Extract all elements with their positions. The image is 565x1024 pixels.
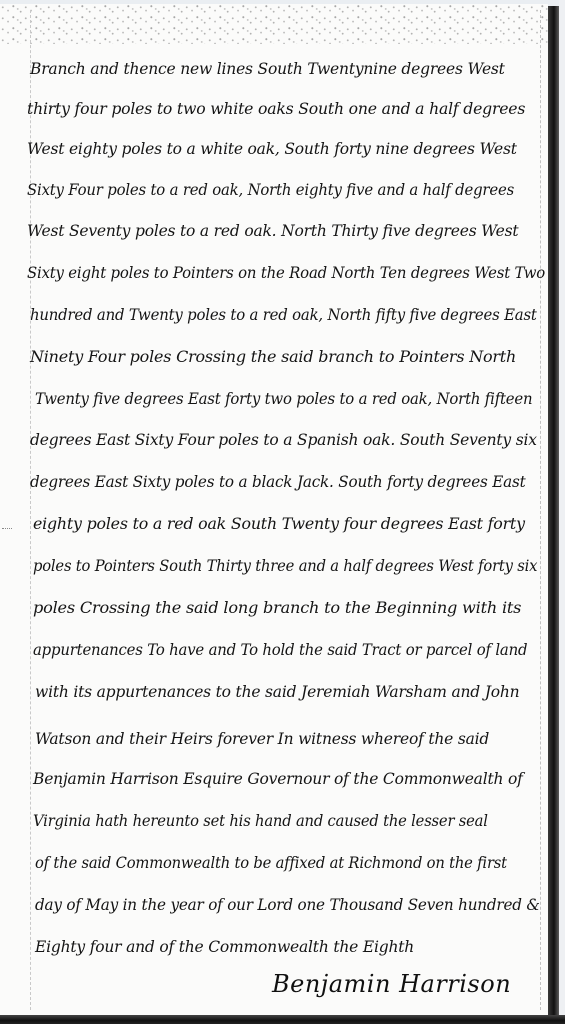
text-line-11: degrees East Sixty poles to a black Jack… [30, 473, 526, 491]
scan-bottom-edge-shadow [0, 1015, 565, 1024]
text-line-15: appurtenances To have and To hold the sa… [33, 641, 527, 659]
text-line-6: Sixty eight poles to Pointers on the Roa… [27, 264, 545, 282]
text-line-12: eighty poles to a red oak South Twenty f… [33, 515, 525, 533]
text-line-20: of the said Commonwealth to be affixed a… [35, 854, 507, 872]
text-line-14: poles Crossing the said long branch to t… [33, 599, 521, 617]
text-line-13: poles to Pointers South Thirty three and… [33, 557, 537, 575]
text-line-3: West eighty poles to a white oak, South … [27, 140, 517, 158]
text-line-7: hundred and Twenty poles to a red oak, N… [30, 306, 537, 324]
text-line-18: Benjamin Harrison Esquire Governour of t… [33, 770, 523, 788]
text-line-2: thirty four poles to two white oaks Sout… [27, 100, 525, 118]
governor-signature: Benjamin Harrison [272, 970, 511, 998]
text-line-9: Twenty five degrees East forty two poles… [35, 390, 532, 408]
text-line-21: day of May in the year of our Lord one T… [35, 896, 540, 914]
handwritten-text-body: Branch and thence new lines South Twenty… [0, 0, 548, 1024]
text-line-4: Sixty Four poles to a red oak, North eig… [27, 181, 514, 199]
text-line-10: degrees East Sixty Four poles to a Spani… [30, 431, 537, 449]
text-line-5: West Seventy poles to a red oak. North T… [27, 222, 518, 240]
text-line-22: Eighty four and of the Commonwealth the … [35, 938, 414, 956]
text-line-19: Virginia hath hereunto set his hand and … [33, 812, 488, 830]
text-line-8: Ninety Four poles Crossing the said bran… [30, 348, 516, 366]
text-line-16: with its appurtenances to the said Jerem… [35, 683, 519, 701]
text-line-1: Branch and thence new lines South Twenty… [30, 60, 505, 78]
scan-right-border [559, 0, 565, 1024]
text-line-17: Watson and their Heirs forever In witnes… [35, 730, 489, 748]
